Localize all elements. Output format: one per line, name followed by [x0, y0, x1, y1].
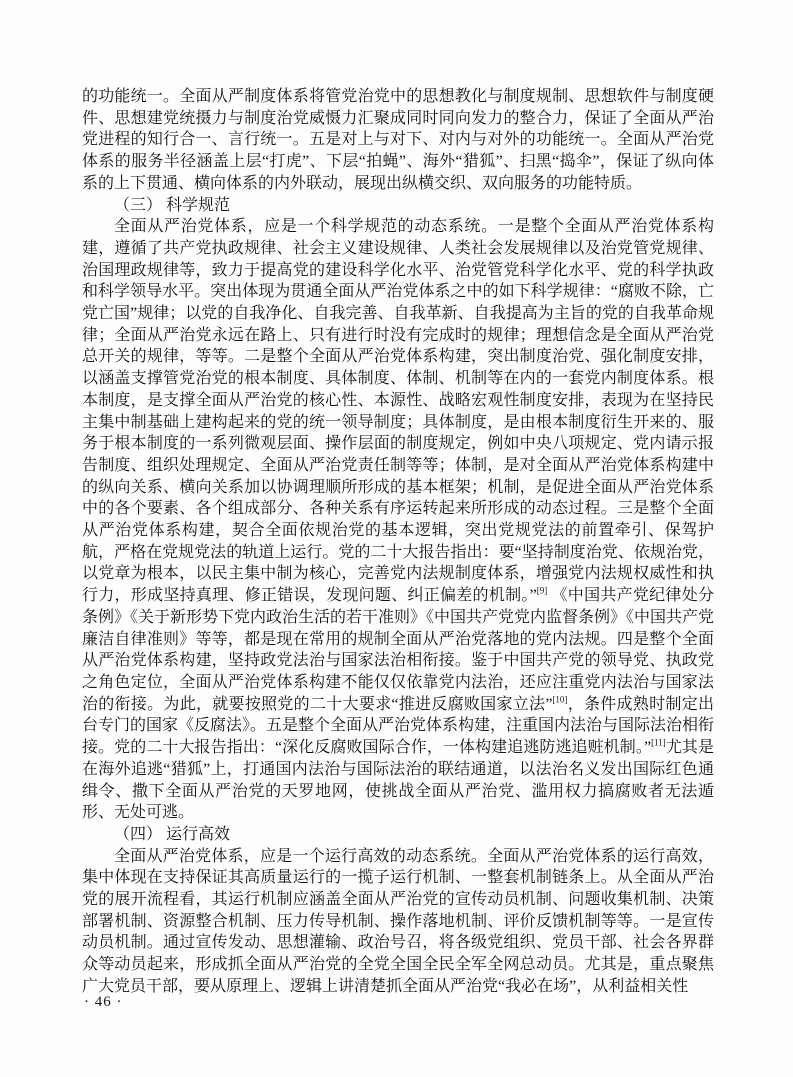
document-page: 的功能统一。全面从严制度体系将管党治党中的思想教化与制度规制、思想软件与制度硬件… [0, 0, 793, 1077]
body-paragraph: 的功能统一。全面从严制度体系将管党治党中的思想教化与制度规制、思想软件与制度硬件… [82, 86, 714, 195]
footnote-reference: [10] [552, 694, 567, 704]
page-number: · 46 · [84, 994, 123, 1011]
article-text-block: 的功能统一。全面从严制度体系将管党治党中的思想教化与制度规制、思想软件与制度硬件… [82, 86, 714, 998]
section-heading: （四） 运行高效 [82, 824, 714, 846]
text-run: 的功能统一。全面从严制度体系将管党治党中的思想教化与制度规制、思想软件与制度硬件… [82, 88, 714, 192]
footnote-reference: [11] [651, 738, 666, 748]
text-run: （三） 科学规范 [114, 197, 230, 214]
section-heading: （三） 科学规范 [82, 195, 714, 217]
text-run: （四） 运行高效 [114, 826, 230, 843]
text-run: 全面从严治党体系，应是一个科学规范的动态系统。一是整个全面从严治党体系构建，遵循… [82, 218, 714, 604]
footnote-reference: [9] [537, 586, 548, 596]
text-run: 《中国共产党纪律处分条例》《关于新形势下党内政治生活的若干准则》《中国共产党党内… [82, 587, 714, 713]
body-paragraph: 全面从严治党体系，应是一个运行高效的动态系统。全面从严治党体系的运行高效，集中体… [82, 846, 714, 998]
body-paragraph: 全面从严治党体系，应是一个科学规范的动态系统。一是整个全面从严治党体系构建，遵循… [82, 216, 714, 824]
text-run: 全面从严治党体系，应是一个运行高效的动态系统。全面从严治党体系的运行高效，集中体… [82, 848, 714, 995]
